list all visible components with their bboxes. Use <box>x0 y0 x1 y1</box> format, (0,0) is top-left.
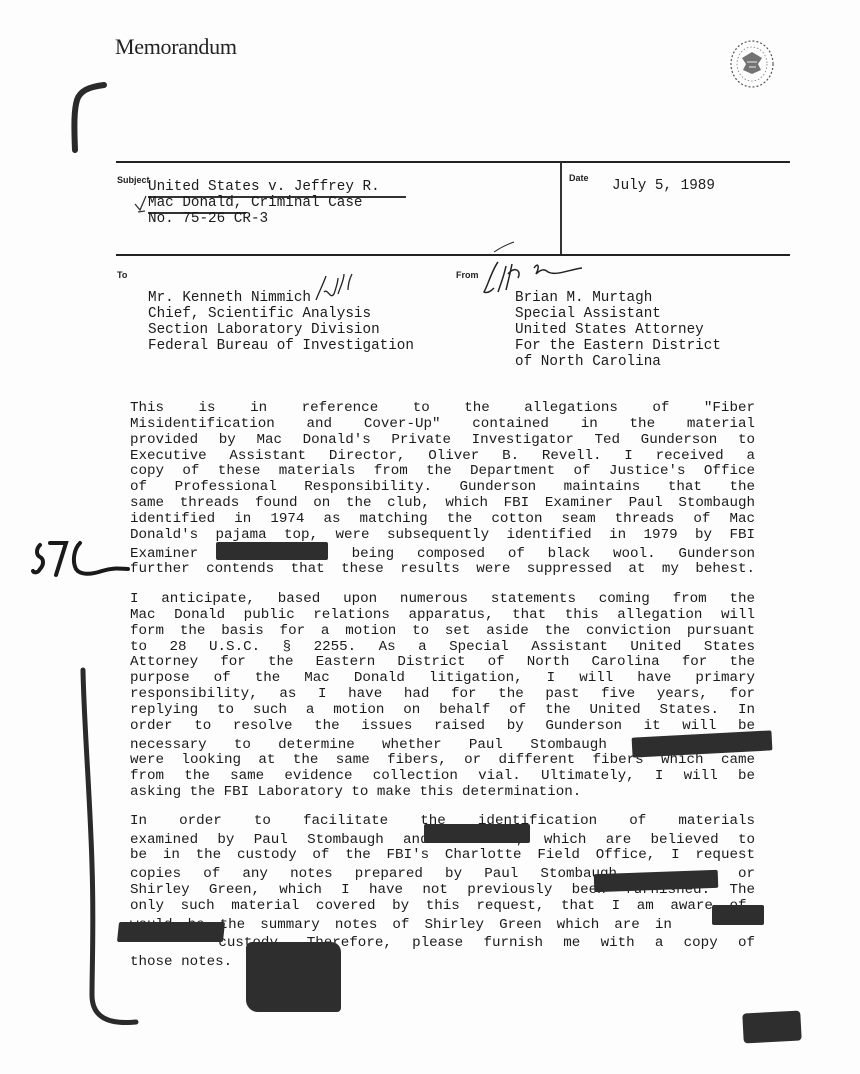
para3-line-8: custody. Therefore, please furnish me wi… <box>130 933 755 952</box>
para1-line-1: This is in reference to the allegations … <box>130 401 755 417</box>
para2-line-3: form the basis for a motion to set aside… <box>130 624 755 640</box>
para2-line-8: replying to such a motion on behalf of t… <box>130 703 755 719</box>
paragraph-2: I anticipate, based upon numerous statem… <box>130 592 755 801</box>
header-rule-top <box>116 161 790 163</box>
from-line-2: Special Assistant <box>515 306 661 322</box>
para1-line-11: further contends that these results were… <box>130 562 755 578</box>
from-line-3: United States Attorney <box>515 322 704 338</box>
margin-bracket-top <box>60 80 110 160</box>
to-line-1: Mr. Kenneth Nimmich <box>148 290 311 306</box>
para2-line-2: Mac Donald public relations apparatus, t… <box>130 608 755 624</box>
para2-line-13: asking the FBI Laboratory to make this d… <box>130 785 755 801</box>
memo-title: Memorandum <box>115 34 237 60</box>
subject-line-3: No. 75-26 CR-3 <box>148 211 268 227</box>
para1-line-4: Executive Assistant Director, Oliver B. … <box>130 449 755 465</box>
date-label: Date <box>569 173 589 183</box>
redaction-block <box>742 1011 801 1044</box>
subject-label: Subject <box>117 175 150 185</box>
para3-line-9: those notes. <box>130 952 755 971</box>
from-line-4: For the Eastern District <box>515 338 721 354</box>
subject-line-1: United States v. Jeffrey R. <box>148 179 380 195</box>
subject-line-2: Mac Donald, Criminal Case <box>148 195 363 211</box>
para2-line-12: from the same evidence collection vial. … <box>130 769 755 785</box>
handwritten-initials <box>310 270 360 310</box>
redaction-block <box>117 922 225 942</box>
para2-line-7: responsibility, as I have had for the pa… <box>130 687 755 703</box>
para2-line-6: purpose of the Mac Donald litigation, I … <box>130 671 755 687</box>
para1-line-3: provided by Mac Donald's Private Investi… <box>130 433 755 449</box>
para1-line-7: same threads found on the club, which FB… <box>130 496 755 512</box>
para1-line-6: of Professional Responsibility. Gunderso… <box>130 480 755 496</box>
para2-line-9: order to resolve the issues raised by Gu… <box>130 719 755 735</box>
from-line-5: of North Carolina <box>515 354 661 370</box>
header-rule-bottom <box>116 254 790 256</box>
redaction-block <box>216 542 328 560</box>
para3-line-6: only such material covered by this reque… <box>130 899 755 915</box>
to-label: To <box>117 270 127 280</box>
doj-seal-icon <box>727 34 777 92</box>
to-line-4: Federal Bureau of Investigation <box>148 338 414 354</box>
para2-line-1: I anticipate, based upon numerous statem… <box>130 592 755 608</box>
to-line-3: Section Laboratory Division <box>148 322 380 338</box>
para3-line-3: be in the custody of the FBI's Charlotte… <box>130 848 755 864</box>
redaction-block <box>424 824 530 843</box>
margin-note-b7c <box>30 535 130 585</box>
from-label: From <box>456 270 479 280</box>
date-value: July 5, 1989 <box>612 178 715 194</box>
para2-line-4: to 28 U.S.C. § 2255. As a Special Assist… <box>130 640 755 656</box>
para1-line-2: Misidentification and Cover-Up" containe… <box>130 417 755 433</box>
para1-line-5: copy of these materials from the Departm… <box>130 464 755 480</box>
redaction-block <box>246 942 341 1012</box>
para2-line-5: Attorney for the Eastern District of Nor… <box>130 655 755 671</box>
handwritten-signature <box>478 240 608 300</box>
handwritten-checkmark <box>132 190 152 220</box>
para1-line-8: identified in 1974 as matching the cotto… <box>130 512 755 528</box>
redaction-block <box>712 905 764 925</box>
